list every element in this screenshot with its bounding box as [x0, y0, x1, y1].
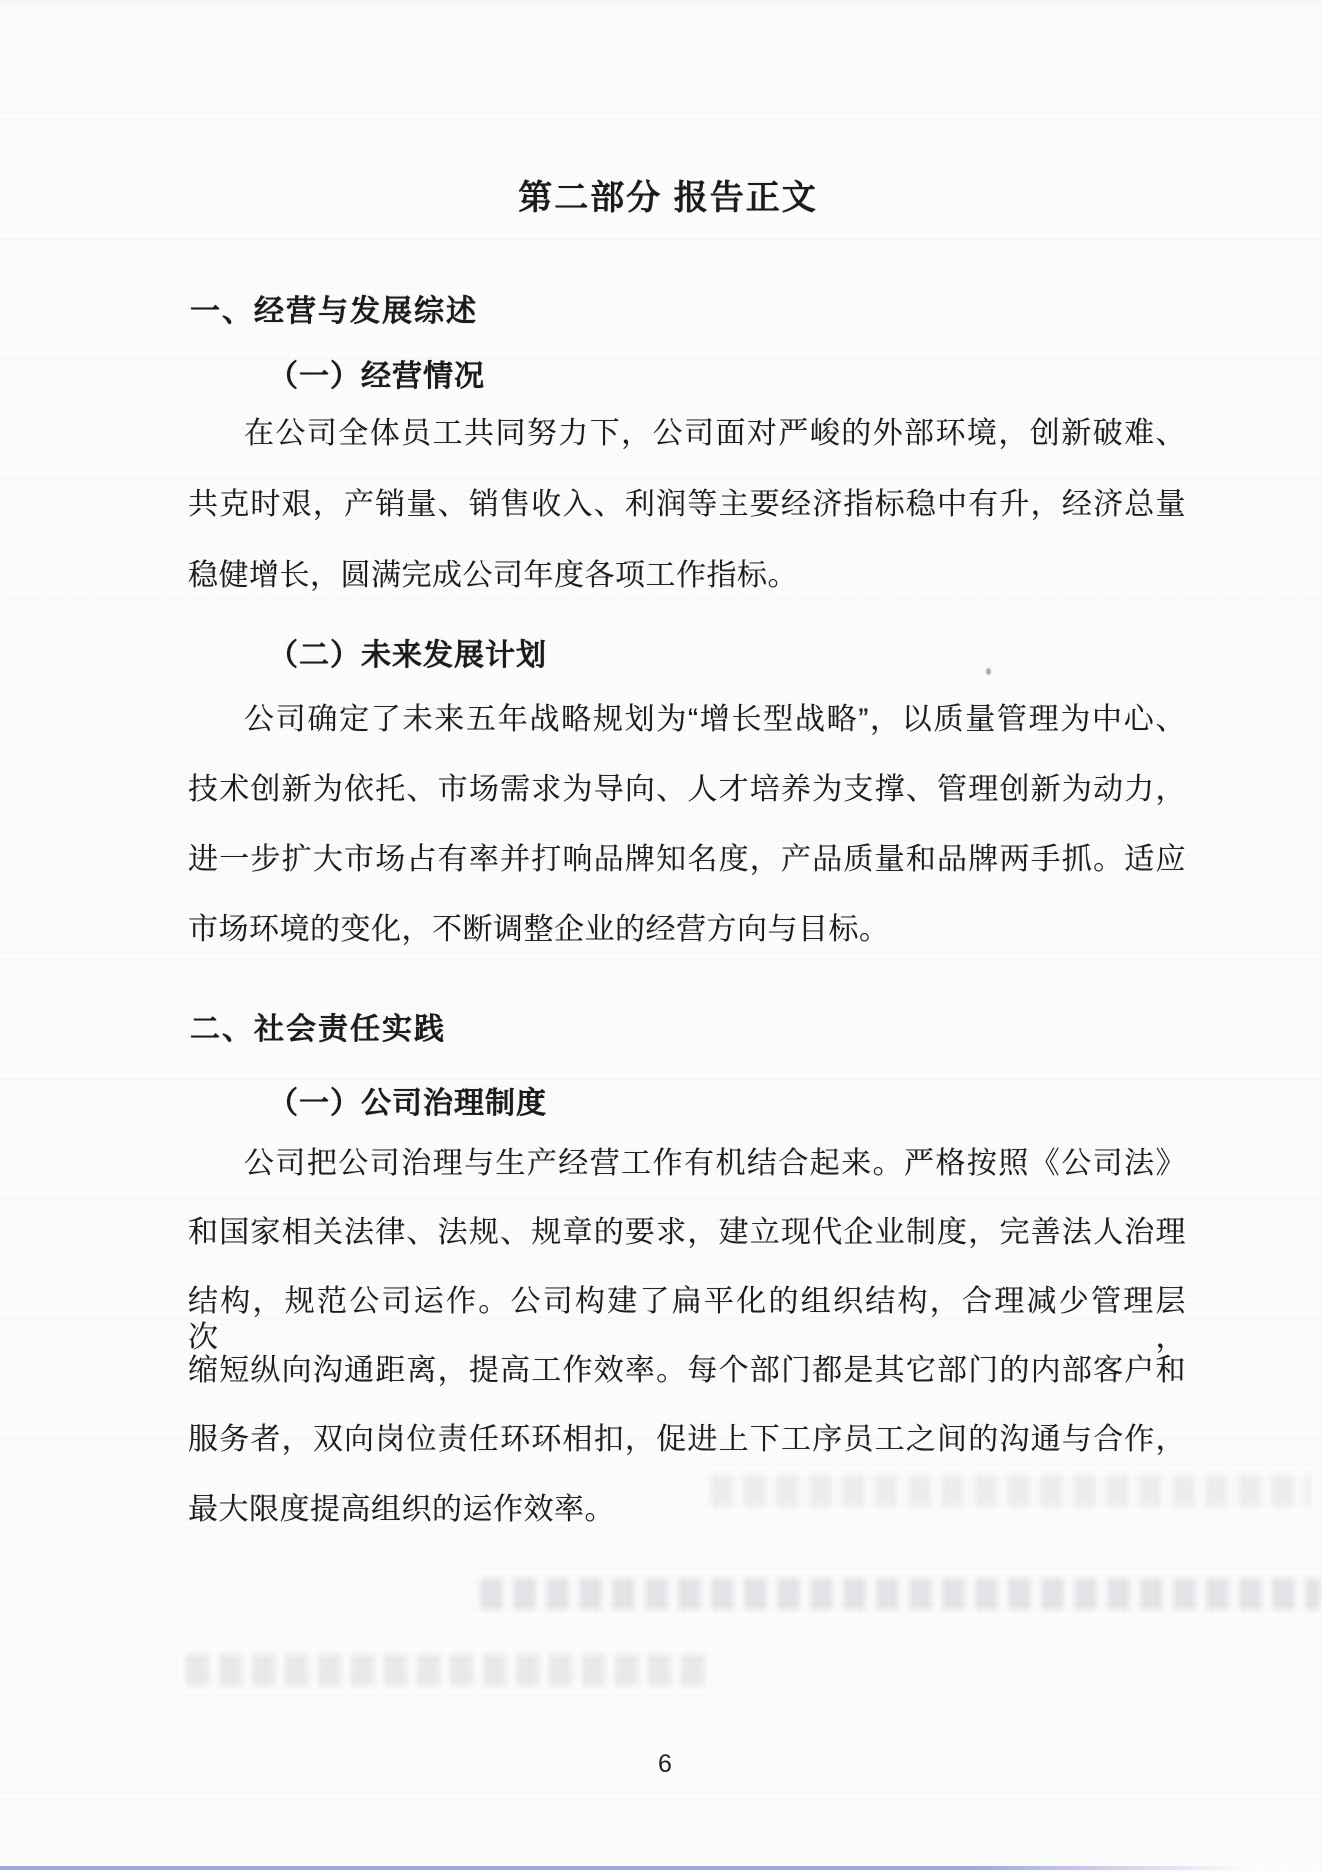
body-line: 服务者，双向岗位责任环环相扣，促进上下工序员工之间的沟通与合作，: [188, 1422, 1186, 1458]
subsection-heading-future-plan: （二）未来发展计划: [268, 630, 547, 674]
body-line: 公司确定了未来五年战略规划为“增长型战略”，以质量管理为中心、: [244, 702, 1186, 738]
body-line: 在公司全体员工共同努力下，公司面对严峻的外部环境，创新破难、: [244, 416, 1186, 452]
body-line: 最大限度提高组织的运作效率。: [188, 1492, 1186, 1528]
body-line: 市场环境的变化，不断调整企业的经营方向与目标。: [188, 912, 1186, 948]
body-line: 共克时艰，产销量、销售收入、利润等主要经济指标稳中有升，经济总量: [188, 487, 1186, 523]
body-line: 缩短纵向沟通距离，提高工作效率。每个部门都是其它部门的内部客户和: [188, 1353, 1186, 1389]
body-line: 结构，规范公司运作。公司构建了扁平化的组织结构，合理减少管理层次，: [188, 1284, 1186, 1356]
body-line: 进一步扩大市场占有率并打响品牌知名度，产品质量和品牌两手抓。适应: [188, 842, 1186, 878]
subsection-heading-corporate-governance: （一）公司治理制度: [268, 1078, 547, 1122]
bleedthrough-artifact: [480, 1578, 1320, 1610]
body-line: 公司把公司治理与生产经营工作有机结合起来。严格按照《公司法》: [244, 1146, 1186, 1182]
document-title: 第二部分 报告正文: [14, 170, 1322, 219]
section-heading-business-development: 一、经营与发展综述: [190, 286, 478, 330]
document-page: 第二部分 报告正文 一、经营与发展综述 （一）经营情况 在公司全体员工共同努力下…: [0, 0, 1322, 1871]
body-line: 和国家相关法律、法规、规章的要求，建立现代企业制度，完善法人治理: [188, 1215, 1186, 1251]
subsection-heading-business-situation: （一）经营情况: [268, 351, 485, 395]
scan-edge-line: [0, 1866, 1248, 1870]
page-number: 6: [8, 1750, 1322, 1779]
body-line: 技术创新为依托、市场需求为导向、人才培养为支撑、管理创新为动力，: [188, 772, 1186, 808]
section-heading-social-responsibility: 二、社会责任实践: [190, 1004, 446, 1048]
scan-speck-artifact: [986, 668, 991, 675]
bleedthrough-artifact: [186, 1654, 706, 1686]
body-line: 稳健增长，圆满完成公司年度各项工作指标。: [188, 558, 1186, 594]
